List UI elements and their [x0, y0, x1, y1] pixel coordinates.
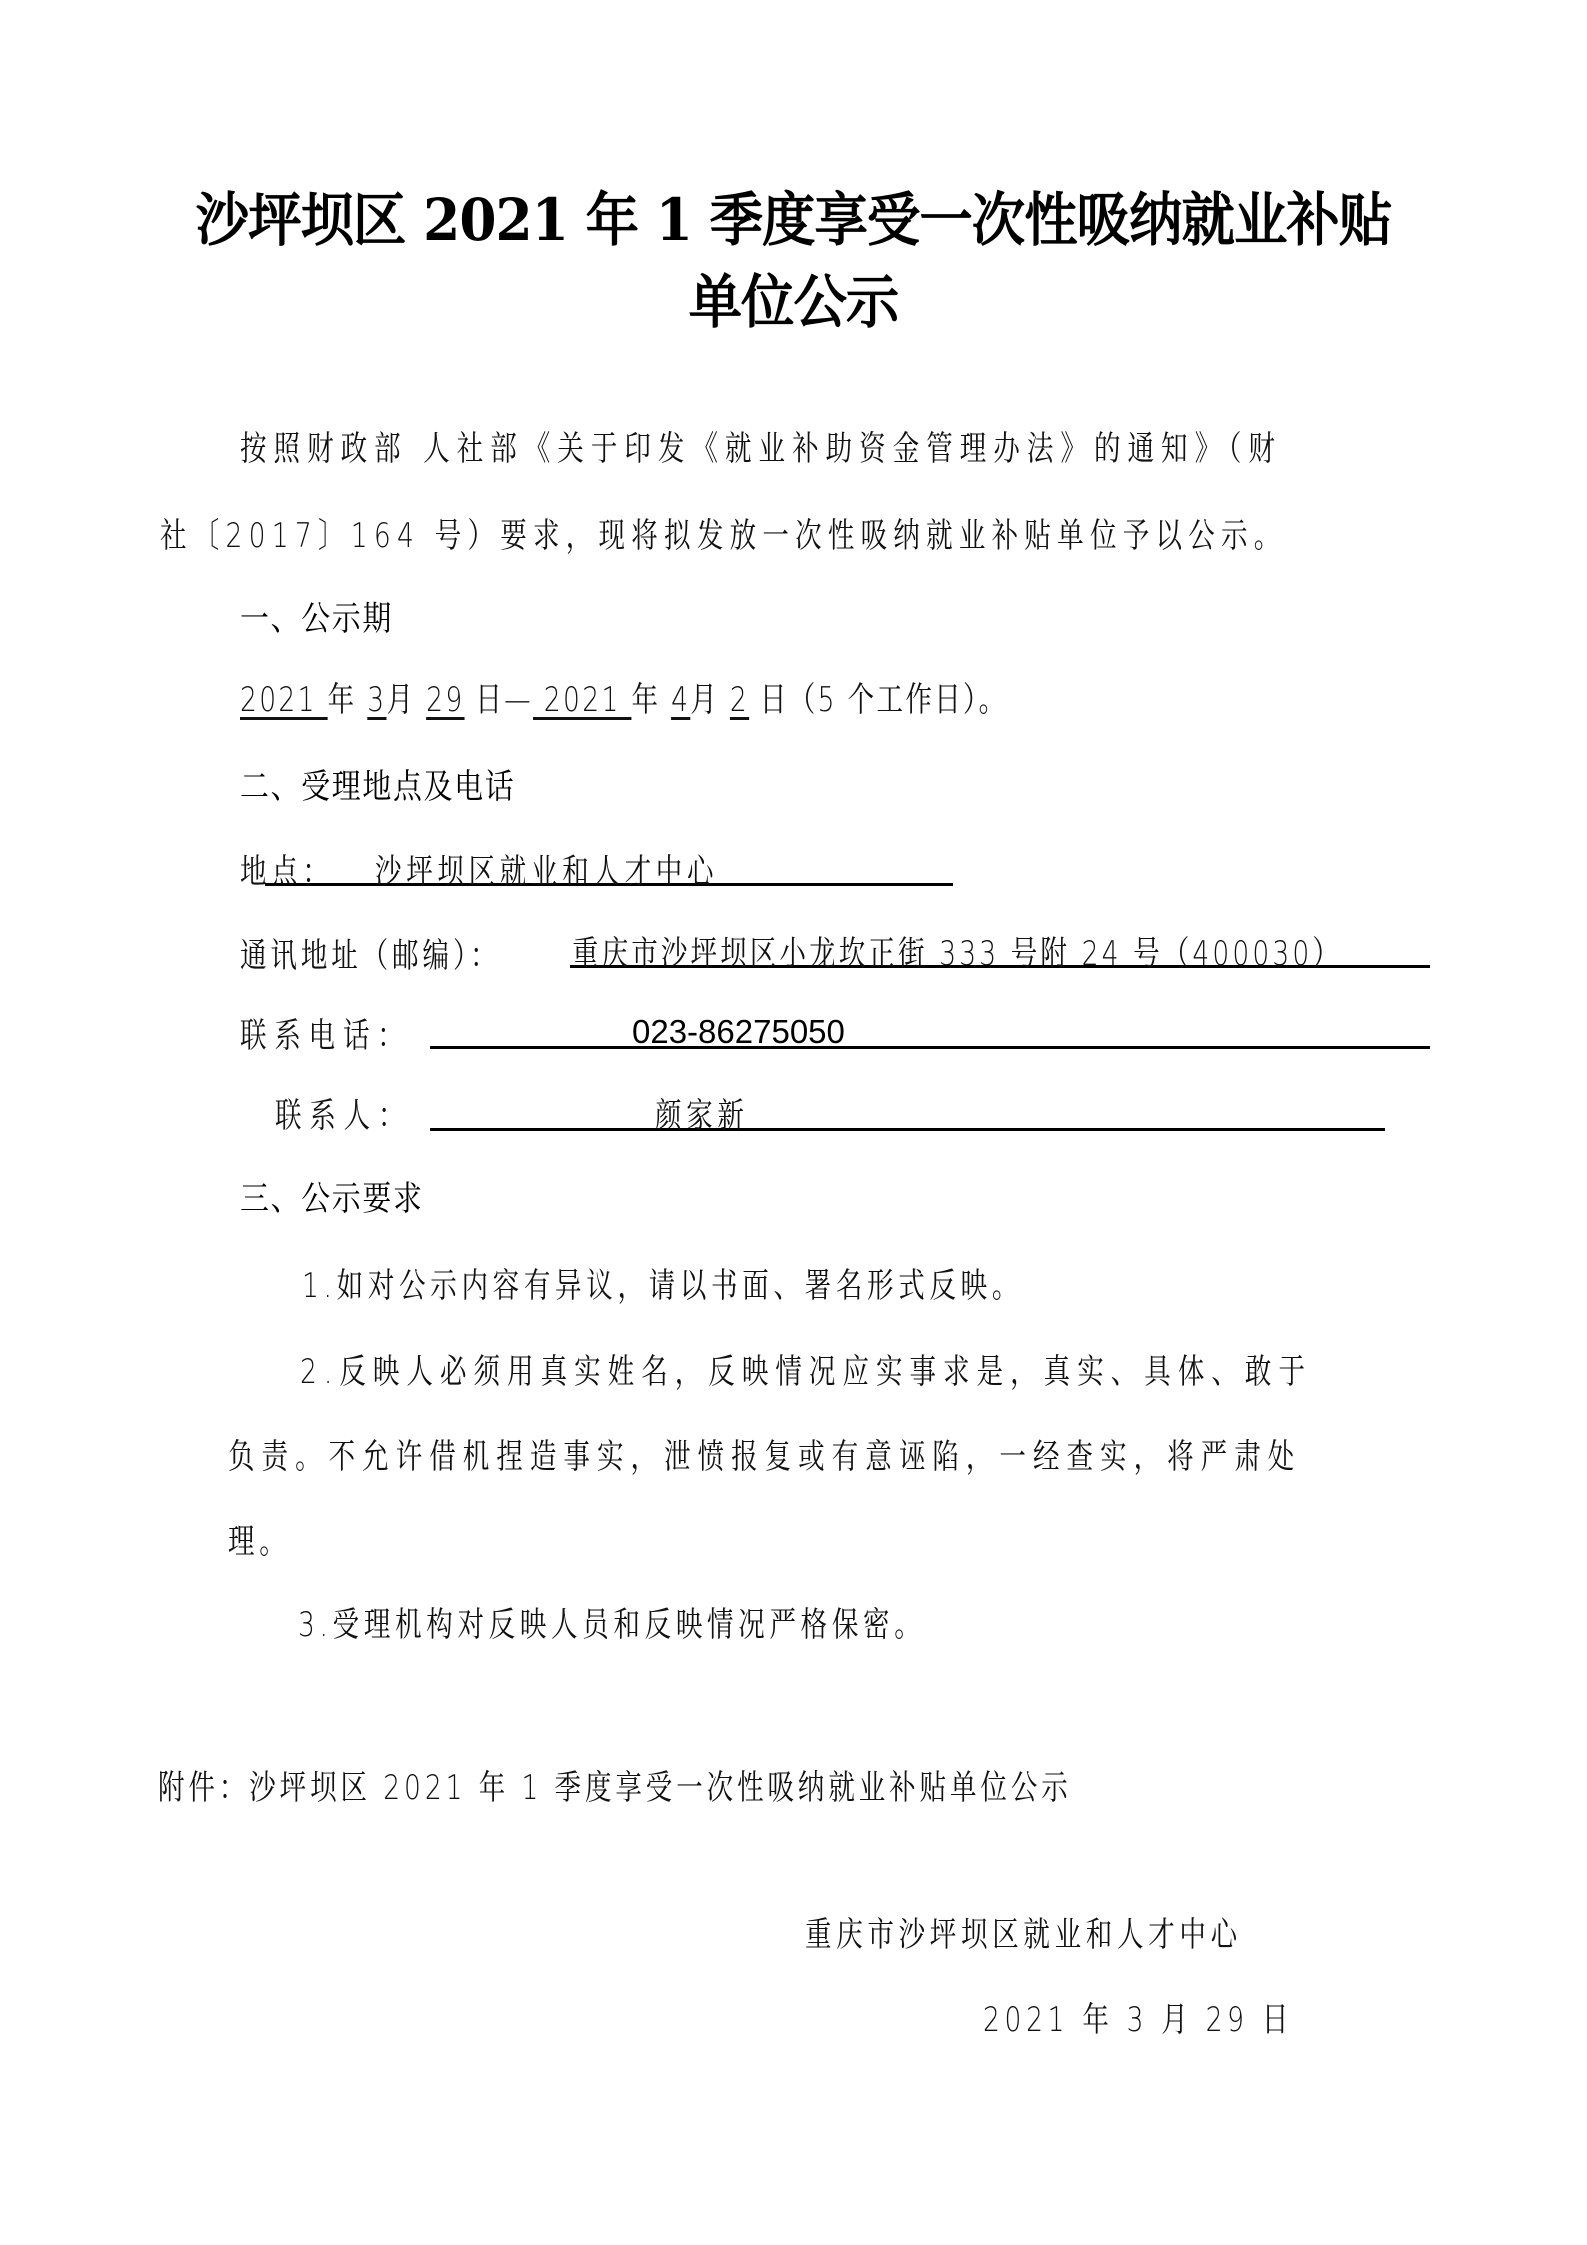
signature-organization: 重庆市沙坪坝区就业和人才中心 — [805, 1913, 1242, 1957]
section2-heading: 二、受理地点及电话 — [240, 765, 515, 809]
phone-underline — [430, 1046, 1430, 1049]
end-month: 4 — [671, 680, 690, 720]
address-value: 重庆市沙坪坝区小龙坎正街 333 号附 24 号（400030） — [572, 932, 1342, 976]
document-page: 沙坪坝区 2021 年 1 季度享受一次性吸纳就业补贴 单位公示 按照财政部 人… — [0, 0, 1587, 2245]
phone-label: 联系电话： — [240, 1014, 412, 1058]
requirement-item-2-line1: 2.反映人必须用真实姓名，反映情况应实事求是，真实、具体、敢于 — [300, 1350, 1312, 1394]
period-suffix: 日（5 个工作日）。 — [760, 680, 1008, 720]
section3-heading: 三、公示要求 — [240, 1177, 424, 1221]
requirement-item-3: 3.受理机构对反映人员和反映情况严格保密。 — [298, 1603, 925, 1647]
requirement-item-1: 1.如对公示内容有异议，请以书面、署名形式反映。 — [302, 1264, 1023, 1308]
address-label: 通讯地址（邮编）： — [240, 934, 501, 978]
end-day: 2 — [730, 680, 749, 720]
requirement-item-2-line3: 理。 — [228, 1520, 290, 1564]
location-value: 沙坪坝区就业和人才中心 — [375, 850, 718, 894]
month-char-2: 月 — [690, 680, 719, 720]
contact-underline — [430, 1128, 1385, 1131]
start-year: 2021 — [240, 680, 328, 720]
contact-value: 颜家新 — [655, 1094, 749, 1138]
phone-value: 023-86275050 — [632, 1010, 845, 1054]
publicity-period: 2021 年 3月 29 日— 2021 年 4月 2 日（5 个工作日）。 — [240, 678, 1008, 722]
month-char: 月 — [386, 680, 415, 720]
signature-date: 2021 年 3 月 29 日 — [983, 1998, 1293, 2042]
contact-label: 联系人： — [275, 1094, 412, 1138]
start-day: 29 — [426, 680, 464, 720]
attachment-note: 附件：沙坪坝区 2021 年 1 季度享受一次性吸纳就业补贴单位公示 — [158, 1766, 1072, 1810]
document-title-line2: 单位公示 — [63, 262, 1523, 342]
intro-paragraph-line2: 社〔2017〕164 号）要求，现将拟发放一次性吸纳就业补贴单位予以公示。 — [160, 514, 1287, 558]
location-label: 地点： — [240, 850, 334, 894]
year-char: 年 — [328, 680, 357, 720]
intro-paragraph-line1: 按照财政部 人社部《关于印发《就业补助资金管理办法》的通知》（财 — [240, 427, 1282, 471]
document-title-line1: 沙坪坝区 2021 年 1 季度享受一次性吸纳就业补贴 — [63, 180, 1523, 260]
year-char-2: 年 — [631, 680, 660, 720]
day-dash: 日— — [475, 680, 533, 720]
requirement-item-2-line2: 负责。不允许借机捏造事实，泄愤报复或有意诬陷，一经查实，将严肃处 — [228, 1435, 1301, 1479]
start-month: 3 — [367, 680, 386, 720]
end-year: 2021 — [533, 680, 631, 720]
section1-heading: 一、公示期 — [240, 597, 393, 641]
